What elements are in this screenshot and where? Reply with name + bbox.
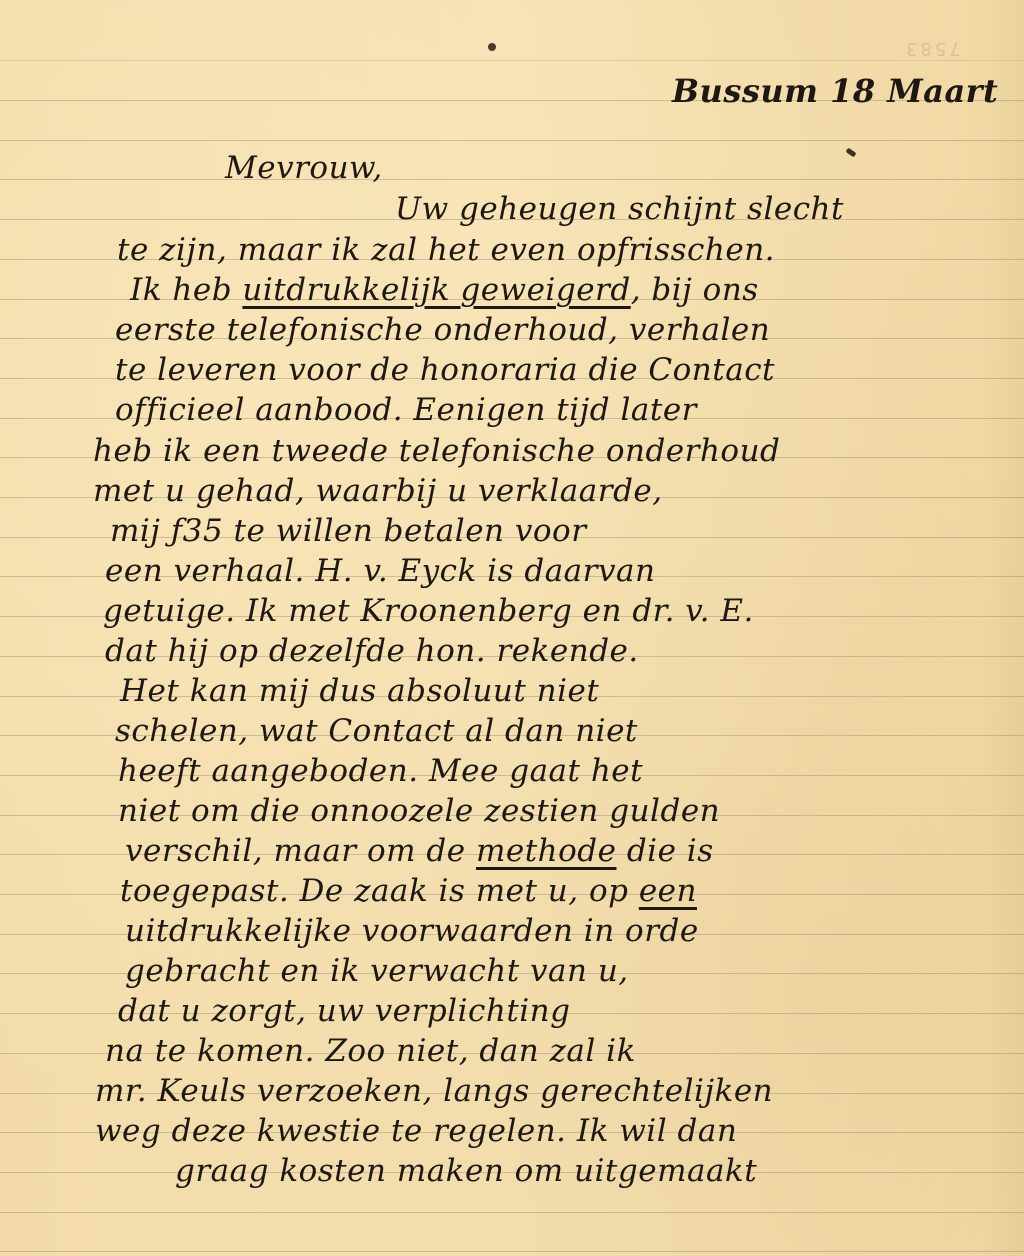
text-run: verschil, maar om de	[125, 833, 476, 869]
underlined-text: methode	[476, 833, 617, 869]
body-line: heeft aangeboden. Mee gaat het	[118, 753, 643, 789]
body-line: eerste telefonische onderhoud, verhalen	[115, 312, 770, 348]
body-line: Ik heb uitdrukkelijk geweigerd, bij ons	[130, 272, 759, 308]
body-line: mij ƒ35 te willen betalen voor	[110, 513, 587, 549]
body-line: uitdrukkelijke voorwaarden in orde	[125, 913, 699, 949]
body-line: na te komen. Zoo niet, dan zal ik	[105, 1033, 636, 1069]
body-line: gebracht en ik verwacht van u,	[125, 953, 629, 989]
body-line: graag kosten maken om uitgemaakt	[175, 1153, 757, 1189]
rule-line	[0, 1251, 1024, 1252]
body-line: getuige. Ik met Kroonenberg en dr. v. E.	[103, 593, 754, 629]
body-line: weg deze kwestie te regelen. Ik wil dan	[95, 1113, 737, 1149]
text-run: die is	[616, 833, 713, 869]
ink-dot	[488, 43, 496, 51]
body-line: te leveren voor de honoraria die Contact	[115, 352, 775, 388]
underlined-text: een	[639, 873, 697, 909]
body-line: Uw geheugen schijnt slecht	[395, 191, 844, 227]
text-run: toegepast. De zaak is met u, op	[120, 873, 639, 909]
body-line: mr. Keuls verzoeken, langs gerechtelijke…	[95, 1073, 773, 1109]
body-line: officieel aanbood. Eenigen tijd later	[115, 392, 697, 428]
body-line: dat u zorgt, uw verplichting	[118, 993, 571, 1029]
underlined-text: uitdrukkelijk geweigerd	[242, 272, 630, 308]
rule-line	[0, 1212, 1024, 1213]
body-line: met u gehad, waarbij u verklaarde,	[93, 473, 663, 509]
body-line: heb ik een tweede telefonische onderhoud	[93, 433, 780, 469]
body-line: een verhaal. H. v. Eyck is daarvan	[105, 553, 655, 589]
archive-stamp: 7583	[903, 38, 961, 59]
rule-line	[0, 179, 1024, 180]
body-line: toegepast. De zaak is met u, op een	[120, 873, 697, 909]
body-line: dat hij op dezelfde hon. rekende.	[105, 633, 639, 669]
text-run: Ik heb	[130, 272, 242, 308]
text-run: , bij ons	[631, 272, 759, 308]
body-line: Het kan mij dus absoluut niet	[120, 673, 599, 709]
place-date: Bussum 18 Maart	[672, 72, 998, 110]
rule-line	[0, 140, 1024, 141]
body-line: niet om die onnoozele zestien gulden	[118, 793, 720, 829]
salutation: Mevrouw,	[225, 150, 383, 186]
body-line: te zijn, maar ik zal het even opfrissche…	[117, 232, 775, 268]
body-line: verschil, maar om de methode die is	[125, 833, 714, 869]
body-line: schelen, wat Contact al dan niet	[115, 713, 638, 749]
rule-line	[0, 60, 1024, 61]
